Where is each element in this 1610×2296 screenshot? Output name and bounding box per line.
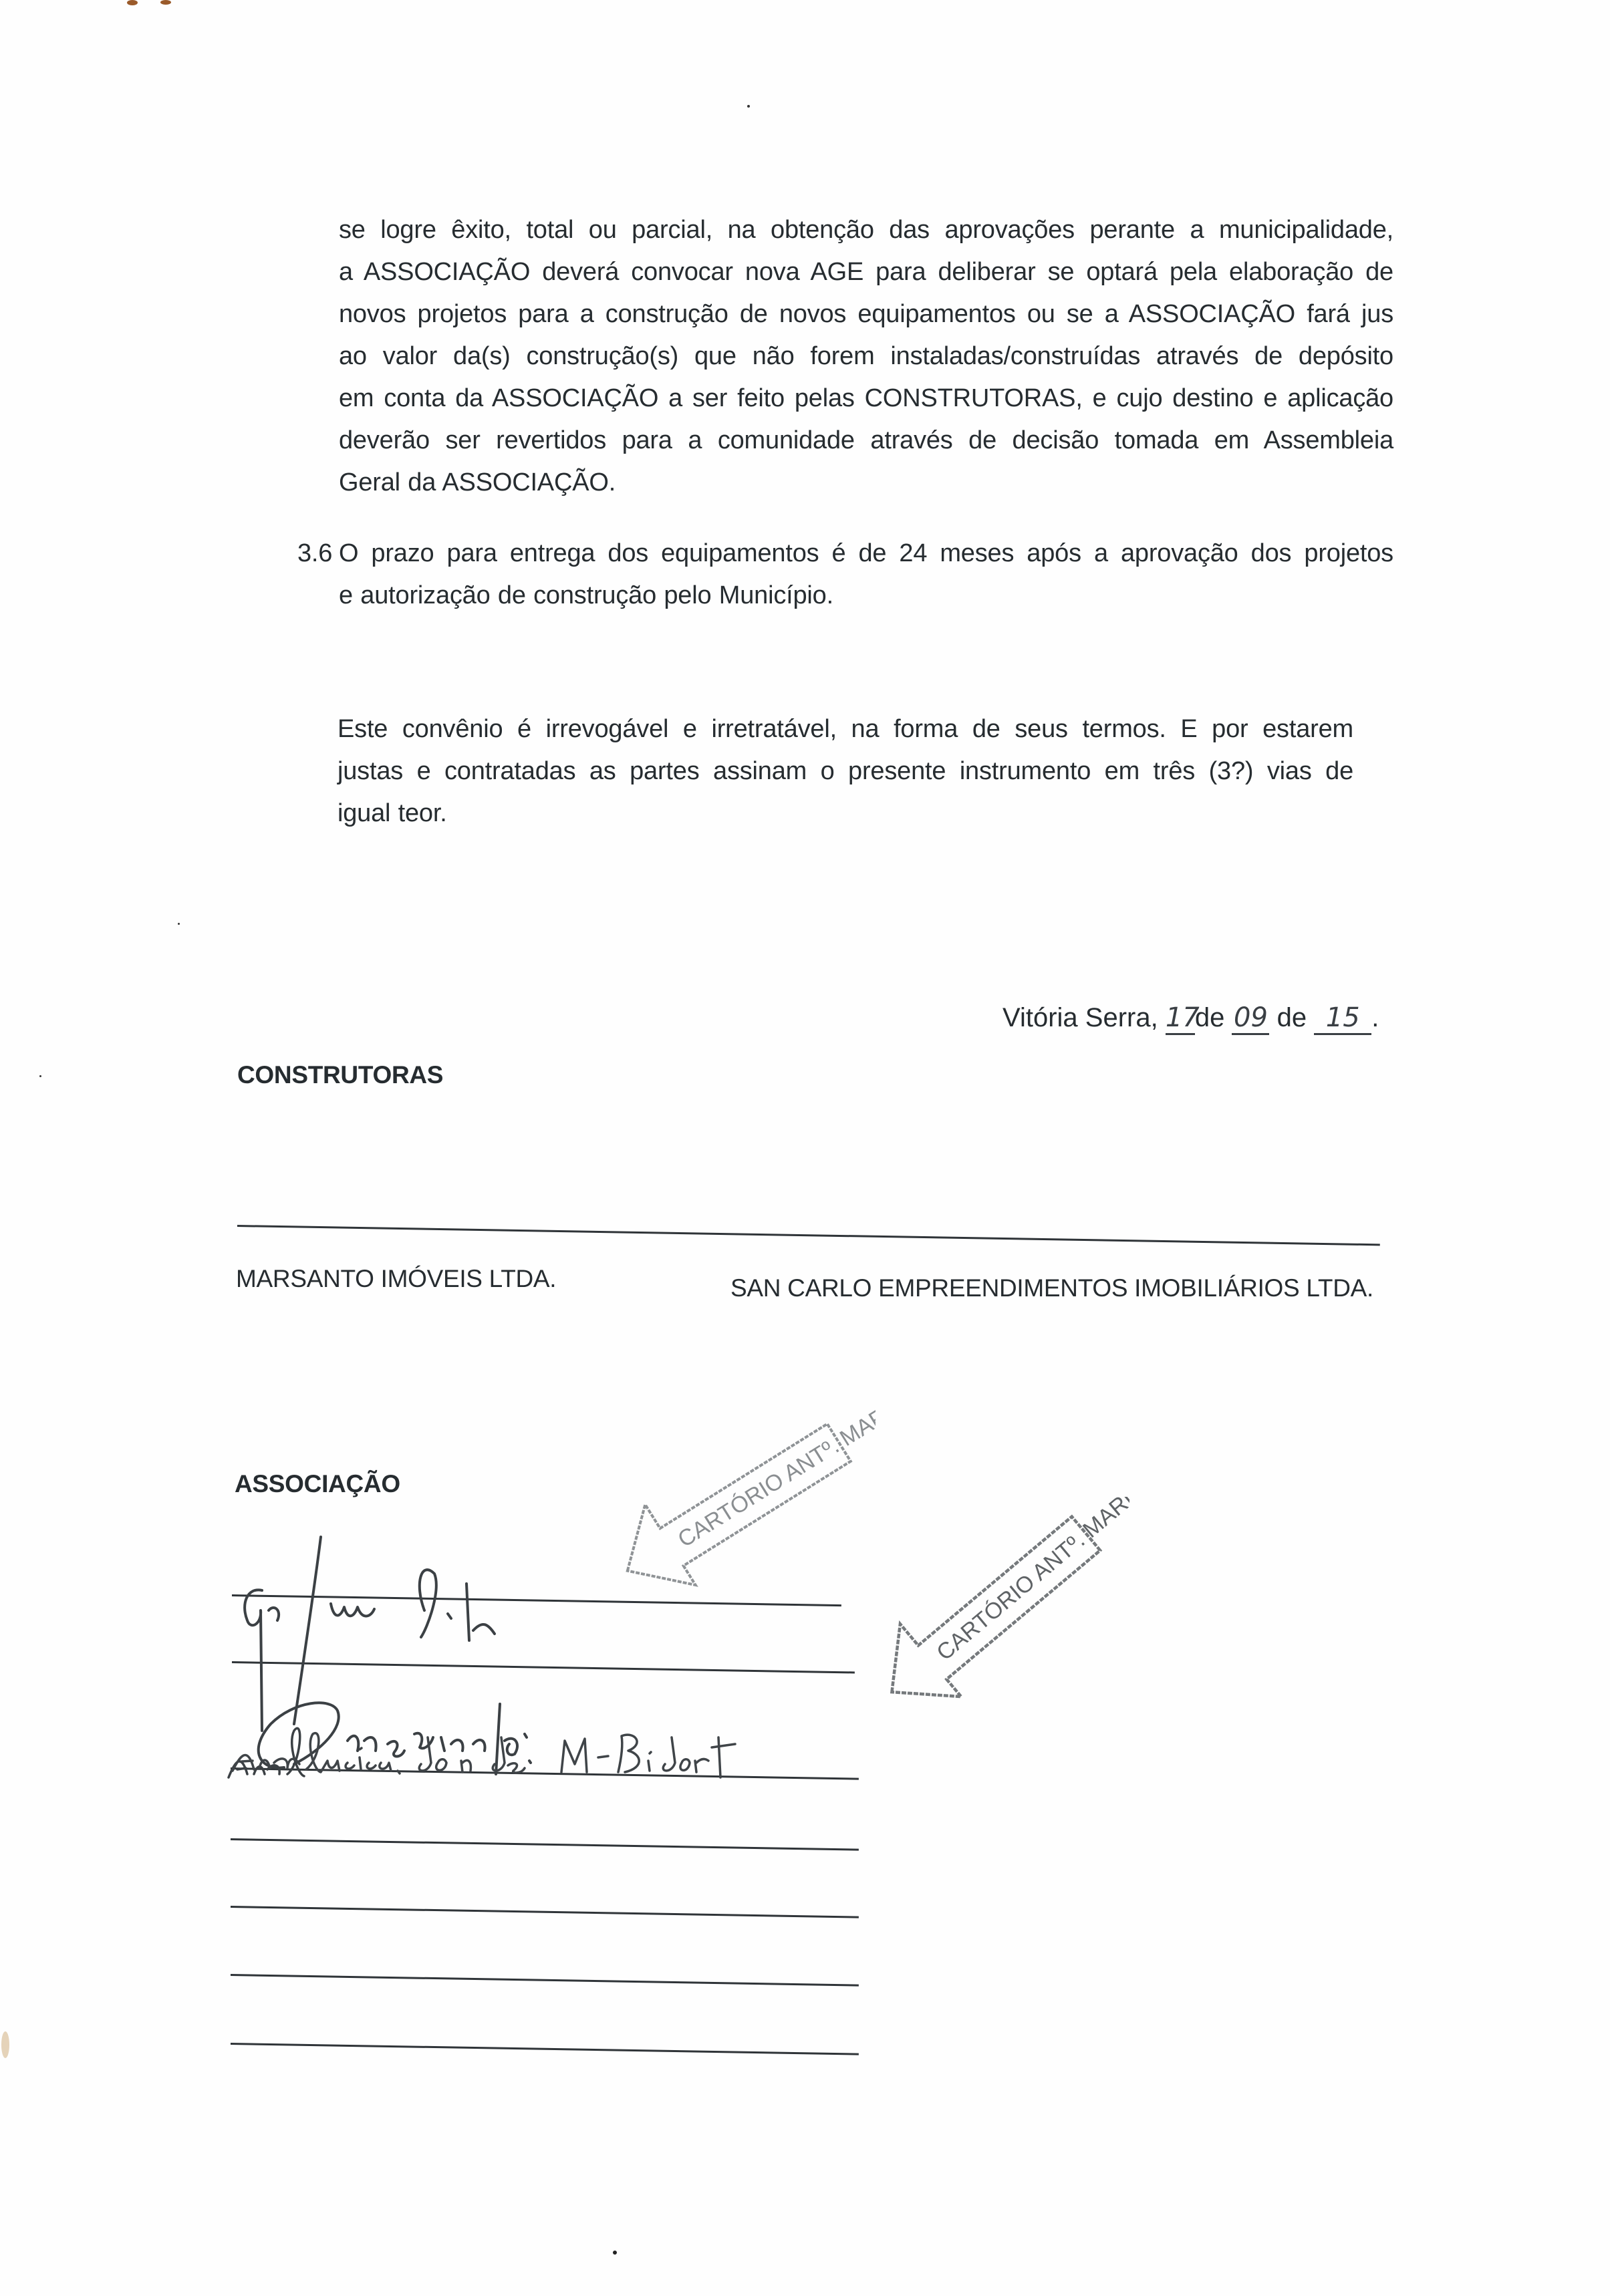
scan-dot <box>613 2251 617 2255</box>
scan-dot <box>747 105 750 108</box>
clause-3-6: 3.6 O prazo para entrega dos equipamento… <box>297 533 1393 617</box>
section-heading-associacao: ASSOCIAÇÃO <box>235 1470 400 1498</box>
text-line: Este convênio é irrevogável e irretratáv… <box>338 708 1353 750</box>
signature-ana-lucia <box>227 1724 936 1784</box>
text-line: justas e contratadas as partes assinam o… <box>338 750 1353 793</box>
place-label: Vitória Serra, <box>1002 1003 1158 1032</box>
date-line: Vitória Serra, 17de 09 de 15. <box>1002 1002 1379 1035</box>
date-separator: de <box>1195 1003 1225 1032</box>
text-line: deverão ser revertidos para a comunidade… <box>339 420 1393 462</box>
text-line: Geral da ASSOCIAÇÃO. <box>339 462 1393 504</box>
handwritten-day: 17 <box>1166 1002 1195 1035</box>
signature-line <box>231 1838 859 1851</box>
scan-stain <box>160 0 171 5</box>
signature-line-construtoras <box>237 1225 1380 1246</box>
date-separator: de <box>1277 1003 1307 1032</box>
text-line: e autorização de construção pelo Municíp… <box>297 575 1393 617</box>
svg-text:CARTÓRIO ANTº. MARIA: CARTÓRIO ANTº. MARIA <box>674 1403 876 1552</box>
handwritten-month: 09 <box>1232 1002 1269 1035</box>
company-name: SAN CARLO EMPREENDIMENTOS IMOBILIÁRIOS L… <box>730 1274 1373 1302</box>
text-line: O prazo para entrega dos equipamentos é … <box>297 533 1393 575</box>
scan-dot <box>178 923 180 925</box>
text-line: igual teor. <box>338 793 1353 835</box>
scan-dot <box>39 1075 41 1077</box>
text-line: se logre êxito, total ou parcial, na obt… <box>339 209 1393 251</box>
section-heading-construtoras: CONSTRUTORAS <box>237 1061 443 1089</box>
text-line: em conta da ASSOCIAÇÃO a ser feito pelas… <box>339 378 1393 420</box>
scan-stain <box>127 0 138 5</box>
notary-stamp-1: CARTÓRIO ANTº. MARIA <box>595 1403 876 1604</box>
scanned-document-page: se logre êxito, total ou parcial, na obt… <box>0 0 1610 2296</box>
closing-paragraph: Este convênio é irrevogável e irretratáv… <box>338 708 1353 835</box>
text-line: ao valor da(s) construção(s) que não for… <box>339 335 1393 378</box>
scan-stain <box>1 2031 9 2058</box>
notary-stamp-2: CARTÓRIO ANTº. MARIA <box>849 1497 1129 1724</box>
svg-text:CARTÓRIO ANTº. MARIA: CARTÓRIO ANTº. MARIA <box>932 1497 1129 1666</box>
clause-number: 3.6 <box>297 533 332 575</box>
paragraph-continuation: se logre êxito, total ou parcial, na obt… <box>339 209 1393 504</box>
signature-line <box>231 2043 859 2055</box>
text-line: a ASSOCIAÇÃO deverá convocar nova AGE pa… <box>339 251 1393 293</box>
signature-line <box>231 1974 859 1987</box>
signature-line <box>231 1906 859 1918</box>
date-end: . <box>1371 1003 1379 1032</box>
company-name: MARSANTO IMÓVEIS LTDA. <box>236 1265 556 1293</box>
text-line: novos projetos para a construção de novo… <box>339 293 1393 335</box>
handwritten-year: 15 <box>1314 1002 1371 1035</box>
